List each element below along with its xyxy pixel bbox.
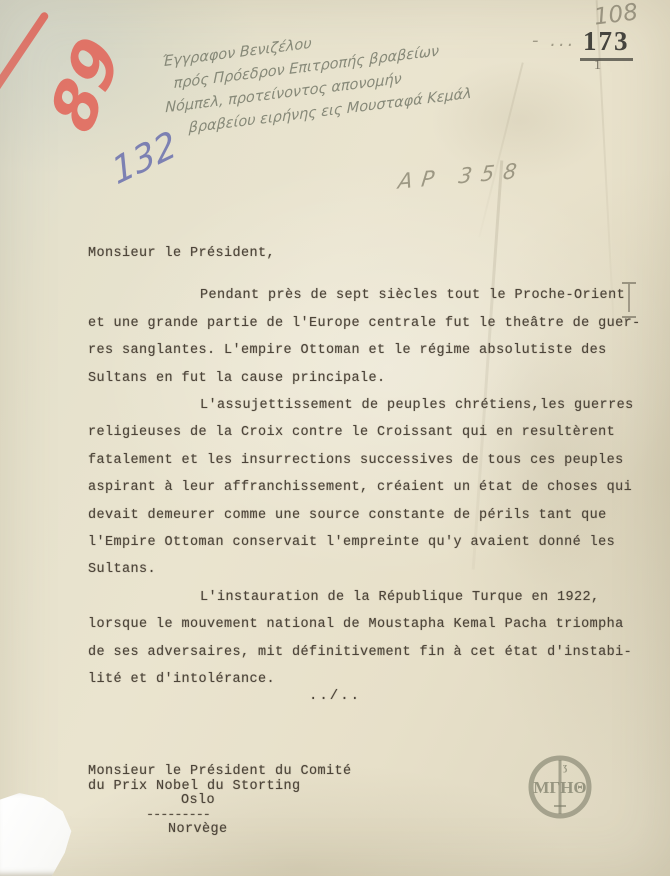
body-line: religieuses de la Croix contre le Croiss… (88, 419, 628, 446)
body-line: devait demeurer comme une source constan… (88, 502, 628, 529)
letter-body: Monsieur le Président, Pendant près de s… (88, 240, 628, 694)
page-number-stamp: 173 (580, 26, 633, 61)
body-line: aspirant à leur affranchissement, créaie… (88, 474, 628, 501)
body-line: de ses adversaires, mit définitivement f… (88, 639, 628, 666)
address-line: du Prix Nobel du Storting (88, 780, 388, 795)
body-line: L'instauration de la République Turque e… (88, 584, 628, 611)
salutation: Monsieur le Président, (88, 240, 628, 267)
body-line: Sultans. (88, 556, 628, 583)
address-line: Norvège (88, 823, 388, 838)
body-line: L'assujettissement de peuples chrétiens,… (88, 392, 628, 419)
body-line: lorsque le mouvement national de Moustap… (88, 611, 628, 638)
paragraph-2: L'assujettissement de peuples chrétiens,… (88, 392, 628, 584)
body-line: fatalement et les insurrections successi… (88, 447, 628, 474)
archive-stamp-icon: ΜΓΗΘ ʒ (527, 754, 593, 820)
body-line: Sultans en fut la cause principale. (88, 365, 628, 392)
recipient-address: Monsieur le Président du Comité du Prix … (88, 765, 388, 838)
archive-stamp-monogram: ΜΓΗΘ (533, 778, 586, 797)
body-line: Pendant près de sept siècles tout le Pro… (88, 282, 628, 309)
body-line: et une grande partie de l'Europe central… (88, 310, 628, 337)
page-number-stamp-sub: 1 (594, 58, 601, 74)
body-line: l'Empire Ottoman conservait l'empreinte … (88, 529, 628, 556)
paragraph-3: L'instauration de la République Turque e… (88, 584, 628, 694)
address-line: Oslo (88, 794, 308, 809)
continuation-mark: ../.. (0, 688, 670, 704)
address-line: Monsieur le Président du Comité (88, 765, 388, 780)
svg-text:ʒ: ʒ (563, 762, 568, 773)
address-underline-dashes: --------- (88, 809, 388, 824)
scanned-letter-page: 108 - ... 173 1 Έγγραφον Βενιζέλου πρός … (0, 0, 670, 876)
body-line: res sanglantes. L'empire Ottoman et le r… (88, 337, 628, 364)
paragraph-1: Pendant près de sept siècles tout le Pro… (88, 282, 628, 392)
